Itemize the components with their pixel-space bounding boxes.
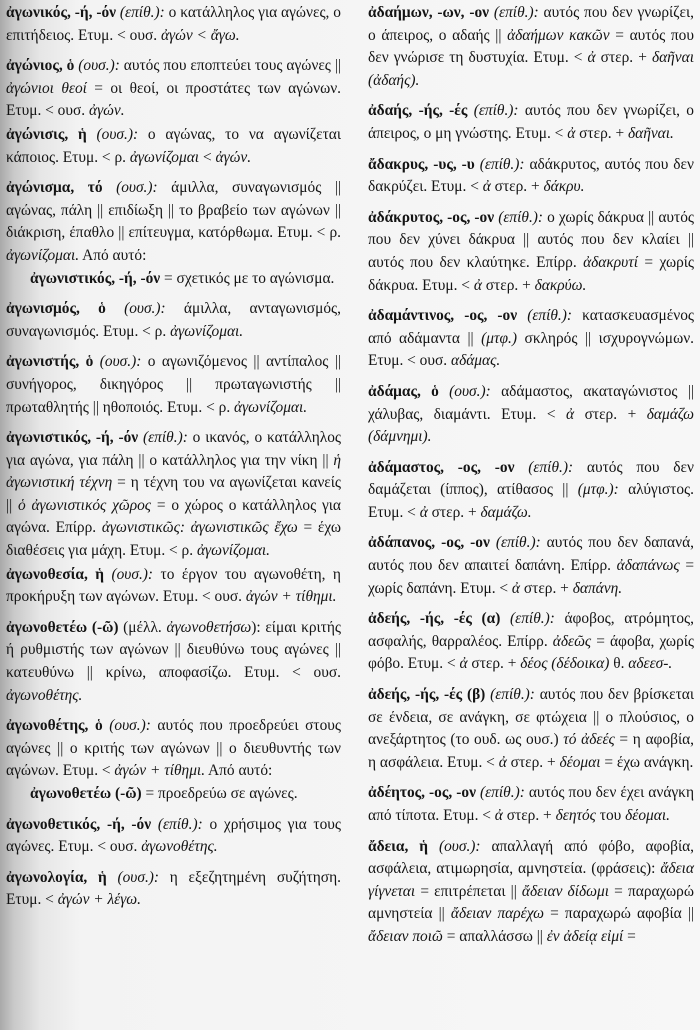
greek-citation: δακρύω. xyxy=(535,277,587,294)
part-of-speech: (ουσ.): xyxy=(97,126,139,143)
part-of-speech: (επίθ.): xyxy=(480,156,525,173)
greek-citation: ἀδεῶς xyxy=(553,633,591,650)
derived-definition: = σχετικός με το αγώνισμα. xyxy=(160,270,334,287)
greek-citation: ἄδειαν παρέχω xyxy=(451,905,544,922)
greek-citation: ἀγών < ἄγω. xyxy=(161,27,240,44)
entry-headword: ἀγωνιστής, ὁ xyxy=(6,353,93,370)
definition-text: στερ. + xyxy=(575,125,628,142)
part-of-speech: (επίθ.): xyxy=(120,4,165,21)
greek-citation: δέος (δέδοικα) xyxy=(520,655,609,672)
greek-citation: ἀγωνοθέτης. xyxy=(141,838,217,855)
derived-headword: ἀγωνοθετέω (-ῶ) xyxy=(30,785,142,802)
dictionary-entry: ἀγωνιστικός, -ή, -όν (επίθ.): ο ικανός, … xyxy=(6,427,341,563)
definition-text: = απαλλάσσω || xyxy=(443,928,547,945)
part-of-speech: (επίθ.): xyxy=(528,459,573,476)
dictionary-entry: ἀγωνοθετικός, -ή, -όν (επίθ.): ο χρήσιμο… xyxy=(6,814,341,859)
entry-headword: ἀδέητος, -ος, -ον xyxy=(368,784,476,801)
entry-headword: ἀδαμάντινος, -ος, -ον xyxy=(368,307,517,324)
part-of-speech: (ουσ.): xyxy=(124,300,166,317)
greek-citation: ἀδακρυτί xyxy=(583,254,638,271)
definition-text: στερ. + xyxy=(574,406,647,423)
entry-headword: ἀγωνιστικός, -ή, -όν xyxy=(6,429,138,446)
greek-citation: ἀγών. xyxy=(215,149,251,166)
greek-citation: ἀ xyxy=(512,580,520,597)
part-of-speech: (ουσ.): xyxy=(117,869,159,886)
dictionary-entry: ἀδέητος, -ος, -ον (επίθ.): αυτός που δεν… xyxy=(368,782,694,827)
dictionary-entry: ἀδεής, -ής, -ές (α) (επίθ.): άφοβος, ατρ… xyxy=(368,608,694,676)
dictionary-entry: ἄδακρυς, -υς, -υ (επίθ.): αδάκρυτος, αυτ… xyxy=(368,154,694,199)
entry-headword: ἄδεια, ἡ xyxy=(368,838,428,855)
entry-headword: ἀγωνισμός, ὁ xyxy=(6,300,106,317)
dictionary-entry: ἀγωνολογία, ἡ (ουσ.): η εξεζητημένη συζή… xyxy=(6,867,341,912)
greek-citation: ἀγωνίζομαι. xyxy=(170,323,243,340)
definition-text: στερ. + xyxy=(520,580,573,597)
dictionary-entry: ἀγώνισμα, τό (ουσ.): άμιλλα, συναγωνισμό… xyxy=(6,177,341,267)
greek-citation: ἄδειαν δίδωμι xyxy=(522,883,609,900)
definition-text: = επιτρέπεται || xyxy=(415,883,522,900)
dictionary-entry: ἀδάπανος, -ος, -ον (επίθ.): αυτός που δε… xyxy=(368,532,694,600)
definition-text: στερ. + xyxy=(482,277,535,294)
greek-citation: ἀγών + τίθημι. xyxy=(114,762,205,779)
dictionary-entry: ἀδεής, -ής, -ές (β) (επίθ.): αυτός που δ… xyxy=(368,684,694,774)
entry-headword: ἀδάμαστος, -ος, -ον xyxy=(368,459,514,476)
dictionary-entry: ἀγωνοθέτης, ὁ (ουσ.): αυτός που προεδρεύ… xyxy=(6,715,341,783)
greek-citation: δαῆναι. xyxy=(628,125,674,142)
definition-text: στερ. + xyxy=(507,754,560,771)
part-of-speech: (ουσ.): xyxy=(78,57,120,74)
definition-text: στερ. + xyxy=(491,178,544,195)
greek-citation: ἀ xyxy=(588,49,596,66)
part-of-speech: (επίθ.): xyxy=(510,610,555,627)
greek-citation: ἄδειαν ποιῶ xyxy=(368,928,443,945)
part-of-speech: (ουσ.): xyxy=(116,179,158,196)
part-of-speech: (επίθ.): xyxy=(158,816,203,833)
entry-headword: ἀγωνοθέτης, ὁ xyxy=(6,717,103,734)
part-of-speech: (επίθ.): xyxy=(474,102,519,119)
part-of-speech: (επίθ.): xyxy=(498,209,543,226)
greek-citation: ἀγωνίζομαι. xyxy=(197,542,270,559)
entry-headword: ἀγωνικός, -ή, -όν xyxy=(6,4,116,21)
greek-citation: δαπάνη. xyxy=(573,580,622,597)
entry-headword: ἀγώνισις, ἡ xyxy=(6,126,87,143)
part-of-speech: (επίθ.): xyxy=(527,307,572,324)
greek-citation: ἀ xyxy=(566,406,574,423)
greek-citation: ἀ xyxy=(495,807,503,824)
dictionary-entry: ἀδάμαστος, -ος, -ον (επίθ.): αυτός που δ… xyxy=(368,457,694,525)
greek-citation: ἀγωνοθέτης. xyxy=(6,687,82,704)
entry-headword: ἀγώνιος, ὁ xyxy=(6,57,74,74)
greek-citation: τό ἀδεές xyxy=(563,731,614,748)
part-of-speech: (ουσ.): xyxy=(100,353,142,370)
definition-text: = xyxy=(623,928,636,945)
part-of-speech: (ουσ.): xyxy=(111,566,153,583)
part-of-speech: (ουσ.): xyxy=(109,717,151,734)
greek-citation: ἀ xyxy=(474,277,482,294)
derived-headword: ἀγωνιστικός, -ή, -όν xyxy=(30,270,160,287)
part-of-speech: (επίθ.): xyxy=(494,4,539,21)
dictionary-entry: ἀγωνοθετέω (-ῶ) (μέλλ. ἀγωνοθετήσω): είμ… xyxy=(6,617,341,707)
greek-citation: δέομαι xyxy=(560,754,601,771)
greek-citation: (μτφ.) xyxy=(481,330,517,347)
right-column: ἀδαήμων, -ων, -ον (επίθ.): αυτός που δεν… xyxy=(368,2,694,957)
greek-citation: ἀγών. xyxy=(89,102,125,119)
entry-headword: ἀδάκρυτος, -ος, -ον xyxy=(368,209,494,226)
left-column: ἀγωνικός, -ή, -όν (επίθ.): ο κατάλληλος … xyxy=(6,2,341,920)
greek-citation: ἀ xyxy=(499,754,507,771)
greek-citation: ὁ ἀγωνιστικός χῶρος xyxy=(18,497,151,514)
greek-citation: ἀ xyxy=(459,655,467,672)
part-of-speech: (επίθ.): xyxy=(490,686,535,703)
greek-citation: ἀγωνίζομαι xyxy=(130,149,199,166)
definition-text: Από αυτό: xyxy=(205,762,272,779)
definition-text: στερ. + xyxy=(428,504,481,521)
greek-citation: αδάμας. xyxy=(451,352,500,369)
dictionary-entry: ἀδαής, -ής, -ές (επίθ.): αυτός που δεν γ… xyxy=(368,100,694,145)
entry-headword: ἀγώνισμα, τό xyxy=(6,179,103,196)
entry-headword: ἀγωνοθετικός, -ή, -όν xyxy=(6,816,151,833)
part-of-speech: (ουσ.): xyxy=(449,383,491,400)
definition-text: στερ. + xyxy=(596,49,652,66)
greek-citation: ἀγών + λέγω. xyxy=(58,891,141,908)
greek-citation: δαμάζω. xyxy=(480,504,531,521)
greek-citation: ἀ xyxy=(483,178,491,195)
part-of-speech: (επίθ.): xyxy=(496,534,541,551)
dictionary-entry: ἀδαμάντινος, -ος, -ον (επίθ.): κατασκευα… xyxy=(368,305,694,373)
definition-text: στερ. + xyxy=(468,655,521,672)
dictionary-entry: ἀγωνισμός, ὁ (ουσ.): άμιλλα, ανταγωνισμό… xyxy=(6,298,341,343)
derived-definition: = προεδρεύω σε αγώνες. xyxy=(142,785,298,802)
entry-headword: ἀδάπανος, -ος, -ον xyxy=(368,534,490,551)
entry-headword: ἄδακρυς, -υς, -υ xyxy=(368,156,475,173)
dictionary-entry: ἀδάμας, ὁ (ουσ.): αδάμαστος, ακαταγώνιστ… xyxy=(368,381,694,449)
entry-headword: ἀγωνοθεσία, ἡ xyxy=(6,566,104,583)
derived-entry: ἀγωνοθετέω (-ῶ) = προεδρεύω σε αγώνες. xyxy=(6,783,341,806)
entry-headword: ἀδεής, -ής, -ές (α) xyxy=(368,610,500,627)
part-of-speech: (επίθ.): xyxy=(480,784,525,801)
greek-citation: ἀγωνιστικῶς: ἀγωνιστικῶς ἔχω xyxy=(102,519,298,536)
greek-citation: ἀ xyxy=(420,504,428,521)
entry-headword: ἀδεής, -ής, -ές (β) xyxy=(368,686,485,703)
definition-text: = έχω ανάγκη. xyxy=(601,754,694,771)
entry-headword: ἀδάμας, ὁ xyxy=(368,383,439,400)
definition-text: στερ. + xyxy=(503,807,556,824)
entry-headword: ἀγωνοθετέω (-ῶ) xyxy=(6,619,118,636)
definition-text: < xyxy=(199,149,215,166)
greek-citation: δάκρυ. xyxy=(544,178,585,195)
greek-citation: ἀγωνίζομαι. xyxy=(6,247,79,264)
dictionary-entry: ἀδαήμων, -ων, -ον (επίθ.): αυτός που δεν… xyxy=(368,2,694,92)
greek-citation: ἀγωνοθετήσω xyxy=(166,619,251,636)
dictionary-entry: ἀγωνοθεσία, ἡ (ουσ.): το έργον του αγωνο… xyxy=(6,564,341,609)
greek-citation: δέομαι. xyxy=(625,807,670,824)
greek-citation: δεητός xyxy=(556,807,596,824)
greek-citation: ἀδαήμων κακῶν xyxy=(507,27,610,44)
greek-citation: ἀδαπάνως xyxy=(617,557,680,574)
definition-text: = παραχωρώ αφοβία || xyxy=(544,905,694,922)
definition-text: θ. xyxy=(609,655,628,672)
dictionary-entry: ἀγωνιστής, ὁ (ουσ.): ο αγωνιζόμενος || α… xyxy=(6,351,341,419)
definition-text: Από αυτό: xyxy=(79,247,146,264)
greek-citation: ἐν ἀδείᾳ εἰμί xyxy=(547,928,624,945)
entry-headword: ἀγωνολογία, ἡ xyxy=(6,869,107,886)
definition-text: (μέλλ. xyxy=(118,619,166,636)
part-of-speech: (επίθ.): xyxy=(143,429,188,446)
dictionary-entry: ἀδάκρυτος, -ος, -ον (επίθ.): ο χωρίς δάκ… xyxy=(368,207,694,297)
part-of-speech: (ουσ.): xyxy=(439,838,481,855)
entry-headword: ἀδαής, -ής, -ές xyxy=(368,102,467,119)
dictionary-entry: ἄδεια, ἡ (ουσ.): απαλλαγή από φόβο, αφοβ… xyxy=(368,836,694,949)
greek-citation: αδεεσ-. xyxy=(628,655,672,672)
greek-citation: ἀγών + τίθημι. xyxy=(246,588,337,605)
definition-text: αυτός που εποπτεύει τους αγώνες || xyxy=(120,57,341,74)
entry-headword: ἀδαήμων, -ων, -ον xyxy=(368,4,489,21)
dictionary-page: ἀγωνικός, -ή, -όν (επίθ.): ο κατάλληλος … xyxy=(0,0,700,1030)
derived-entry: ἀγωνιστικός, -ή, -όν = σχετικός με το αγ… xyxy=(6,268,341,291)
greek-citation: ἀγώνιοι θεοί xyxy=(6,80,87,97)
dictionary-entry: ἀγώνιος, ὁ (ουσ.): αυτός που εποπτεύει τ… xyxy=(6,55,341,123)
greek-citation: (μτφ.): xyxy=(578,481,619,498)
dictionary-entry: ἀγώνισις, ἡ (ουσ.): ο αγώνας, το να αγων… xyxy=(6,124,341,169)
greek-citation: ἀγωνίζομαι. xyxy=(234,399,307,416)
definition-text: του xyxy=(596,807,625,824)
dictionary-entry: ἀγωνικός, -ή, -όν (επίθ.): ο κατάλληλος … xyxy=(6,2,341,47)
